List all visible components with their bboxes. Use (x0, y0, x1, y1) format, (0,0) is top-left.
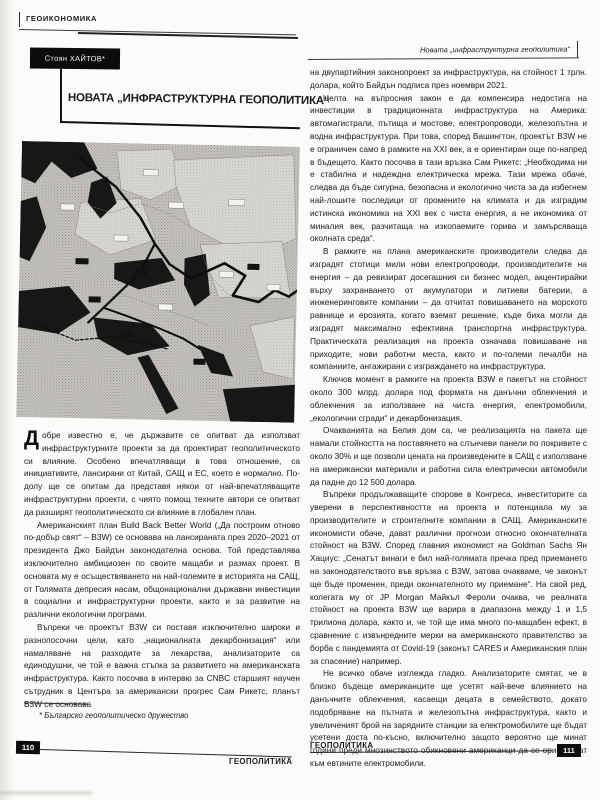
paragraph: Добре известно е, че държавите се опитва… (24, 429, 300, 519)
paragraph: В рамките на плана американските произво… (310, 245, 587, 373)
page-number-right: 111 (557, 744, 581, 757)
title-underline (61, 121, 300, 129)
paragraph-text: обре известно е, че държавите се опитват… (24, 430, 300, 517)
paragraph: Въпреки че проектът B3W си поставя изклю… (24, 621, 300, 711)
author-badge: Стоян ХАЙТОВ* (30, 48, 120, 70)
header-rule-right (308, 57, 579, 60)
running-head-right: Новата „инфраструктурна геополитика“ (420, 45, 570, 55)
page-number-left: 110 (16, 741, 40, 754)
paragraph: Въпреки продължаващите спорове в Конгрес… (310, 488, 587, 667)
paragraph: Очакванията на Белия дом са, че реализац… (310, 424, 587, 488)
title-connector-line (60, 69, 62, 123)
article-title: НОВАТА „ИНФРАСТРУКТУРНА ГЕОПОЛИТИКА“ (68, 92, 304, 107)
running-head-left: ГЕОИКОНОМИКА (26, 14, 97, 23)
footer-journal-label-left: ГЕОПОЛИТИКА (229, 757, 292, 766)
paragraph: Не всичко обаче изглежда гладко. Анализа… (310, 667, 587, 769)
left-column-text: Добре известно е, че държавите се опитва… (24, 429, 300, 711)
paragraph: Целта на въпросния закон е да компенсира… (310, 92, 587, 246)
author-footnote: * Българско геополитическо дружество (39, 711, 188, 720)
header-corner-tick (19, 12, 20, 27)
running-head-tick (577, 41, 578, 58)
eurasia-infrastructure-map (16, 141, 300, 423)
paragraph: Американският план Build Back Better Wor… (24, 519, 300, 621)
paragraph: на двупартийния законопроект за инфрастр… (310, 66, 587, 92)
map-graphic (16, 141, 300, 423)
drop-cap: Д (24, 429, 42, 447)
footer-journal-label-right: ГЕОПОЛИТИКА (310, 741, 373, 750)
right-column-text: на двупартийния законопроект за инфрастр… (310, 66, 587, 770)
scan-artifact (0, 791, 92, 795)
scanned-journal-spread: ГЕОИКОНОМИКА Стоян ХАЙТОВ* НОВАТА „ИНФРА… (0, 0, 600, 800)
paragraph: Ключов момент в рамките на проекта B3W е… (310, 373, 587, 424)
